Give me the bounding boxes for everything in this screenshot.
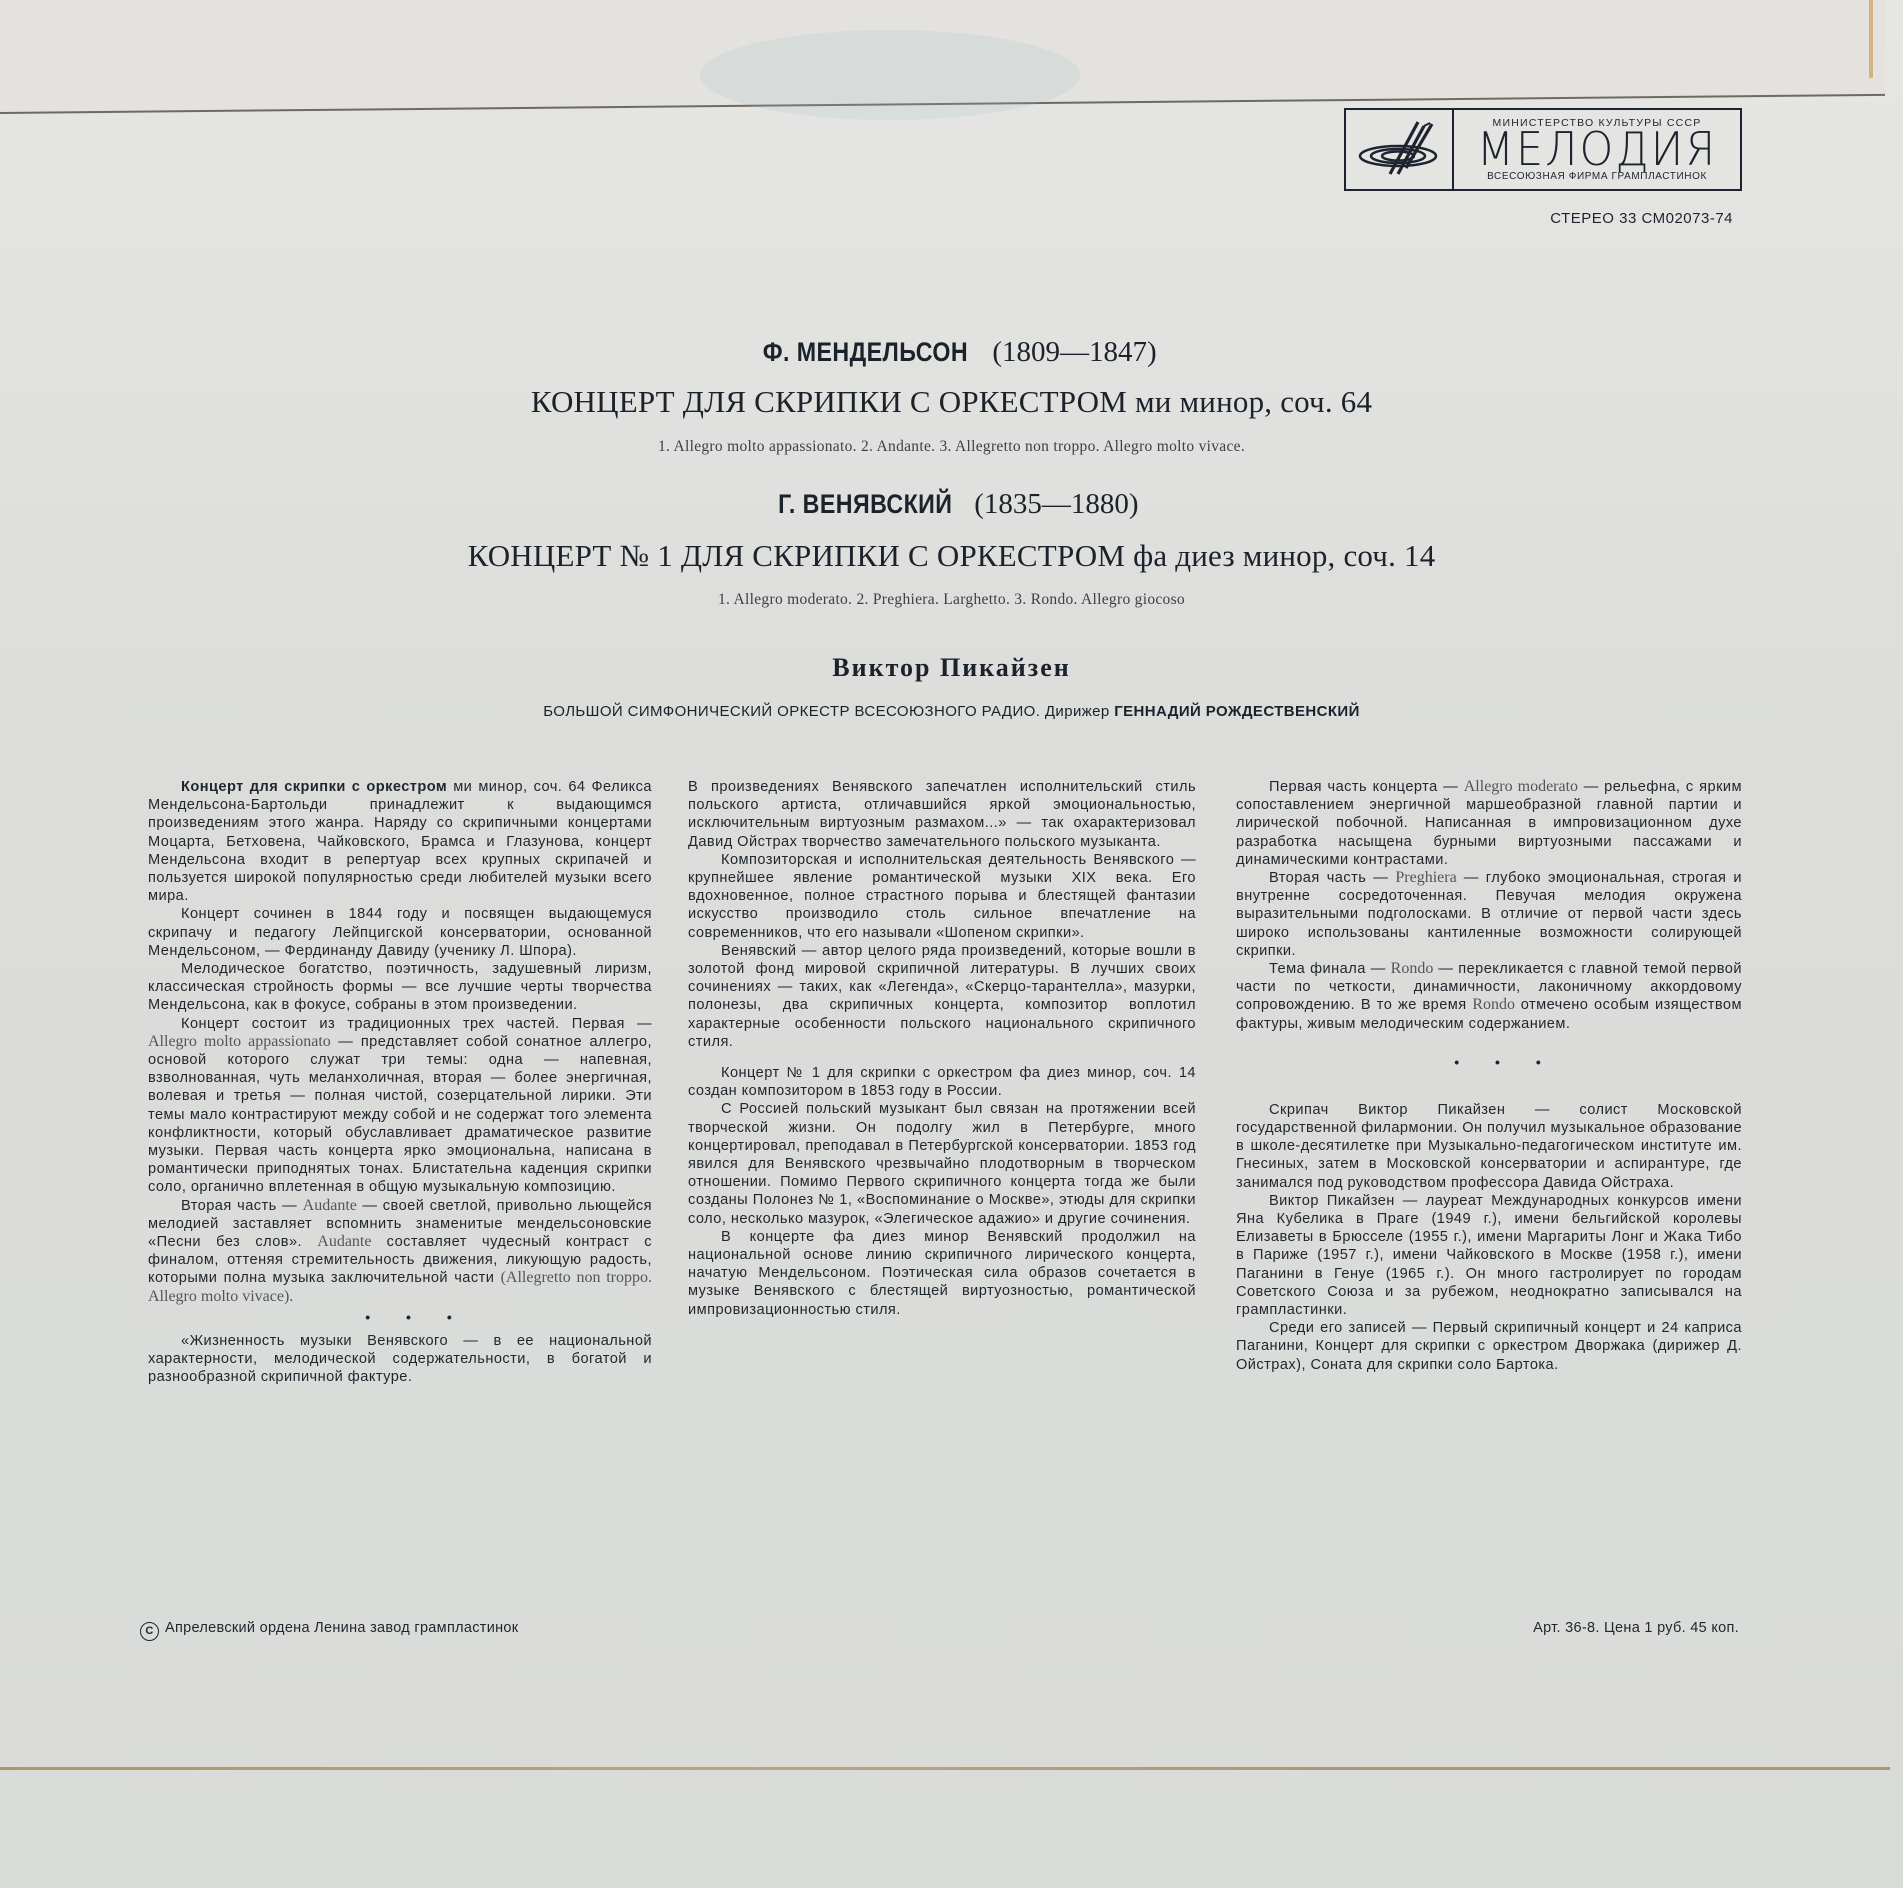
paragraph: Концерт № 1 для скрипки с оркестром фа д… xyxy=(688,1064,1196,1100)
paragraph: Скрипач Виктор Пикайзен — солист Московс… xyxy=(1236,1101,1742,1192)
composer-heading-1: Ф. МЕНДЕЛЬСОН (1809—1847) xyxy=(0,336,1903,369)
tempo-marking: Audante xyxy=(317,1233,371,1250)
work-title-1: КОНЦЕРТ ДЛЯ СКРИПКИ С ОРКЕСТРОМ ми минор… xyxy=(0,384,1903,420)
text: ми минор, соч. 64 Феликса Мендельсона-Ба… xyxy=(148,779,652,904)
record-sleeve-back: МИНИСТЕРСТВО КУЛЬТУРЫ СССР МЕЛОДИЯ ВСЕСО… xyxy=(0,0,1903,1888)
text: Вторая часть — xyxy=(1269,870,1388,886)
flap-edge xyxy=(1869,0,1873,78)
paragraph: Концерт для скрипки с оркестром ми минор… xyxy=(148,778,652,905)
notes-column-3: Первая часть концерта — Allegro moderato… xyxy=(1236,778,1742,1374)
tempo-marking: Audante xyxy=(303,1197,357,1214)
price-line: Арт. 36-8. Цена 1 руб. 45 коп. xyxy=(1533,1620,1739,1636)
section-divider: • • • xyxy=(148,1306,652,1332)
notes-column-2: В произведениях Венявского запечатлен ис… xyxy=(688,778,1196,1319)
paragraph: Первая часть концерта — Allegro moderato… xyxy=(1236,778,1742,869)
text: Тема финала — xyxy=(1269,961,1386,977)
text: — представляет собой сонатное аллегро, о… xyxy=(148,1034,652,1196)
work-key: фа диез минор, соч. 14 xyxy=(1133,538,1435,573)
conductor-label: Дирижер xyxy=(1045,703,1110,720)
work-title: КОНЦЕРТ ДЛЯ СКРИПКИ С ОРКЕСТРОМ xyxy=(531,384,1127,419)
work-title: КОНЦЕРТ № 1 ДЛЯ СКРИПКИ С ОРКЕСТРОМ xyxy=(468,538,1126,573)
paragraph: Среди его записей — Первый скрипичный ко… xyxy=(1236,1319,1742,1374)
section-divider: • • • xyxy=(1236,1051,1742,1077)
text: Концерт состоит из традиционных трех час… xyxy=(181,1016,652,1032)
composer-name: Ф. МЕНДЕЛЬСОН xyxy=(763,337,968,368)
stain xyxy=(700,30,1080,120)
sleeve-seam xyxy=(0,1767,1890,1770)
paragraph: «Жизненность музыки Венявского — в ее на… xyxy=(148,1332,652,1387)
logo-text: МИНИСТЕРСТВО КУЛЬТУРЫ СССР МЕЛОДИЯ ВСЕСО… xyxy=(1454,110,1740,189)
work-title-2: КОНЦЕРТ № 1 ДЛЯ СКРИПКИ С ОРКЕСТРОМ фа д… xyxy=(0,538,1903,574)
paragraph: Тема финала — Rondo — перекликается с гл… xyxy=(1236,960,1742,1033)
composer-years: (1835—1880) xyxy=(974,488,1138,520)
paragraph: Концерт состоит из традиционных трех час… xyxy=(148,1015,652,1197)
manufacturer-line: CАпрелевский ордена Ленина завод грампла… xyxy=(140,1620,518,1641)
orchestra-line: БОЛЬШОЙ СИМФОНИЧЕСКИЙ ОРКЕСТР ВСЕСОЮЗНОГ… xyxy=(0,703,1903,720)
melodiya-logo: МИНИСТЕРСТВО КУЛЬТУРЫ СССР МЕЛОДИЯ ВСЕСО… xyxy=(1344,108,1742,191)
text: Первая часть концерта — xyxy=(1269,779,1458,795)
paragraph: В произведениях Венявского запечатлен ис… xyxy=(688,778,1196,851)
soloist-name: Виктор Пикайзен xyxy=(0,653,1903,683)
text: Вторая часть — xyxy=(181,1198,297,1214)
catalog-number: СТЕРЕО 33 СМ02073-74 xyxy=(1505,210,1733,227)
composer-heading-2: Г. ВЕНЯВСКИЙ (1835—1880) xyxy=(0,488,1903,521)
paragraph: Концерт сочинен в 1844 году и посвящен в… xyxy=(148,905,652,960)
lead-phrase: Концерт для скрипки с оркестром xyxy=(181,779,447,795)
composer-years: (1809—1847) xyxy=(992,336,1156,368)
paragraph: Вторая часть — Preghiera — глубоко эмоци… xyxy=(1236,869,1742,960)
paragraph: Виктор Пикайзен — лауреат Международных … xyxy=(1236,1192,1742,1319)
tempo-marking: Allegro moderato xyxy=(1464,778,1578,795)
movements-2: 1. Allegro moderato. 2. Preghiera. Largh… xyxy=(0,591,1903,609)
paragraph: Вторая часть — Audante — своей светлой, … xyxy=(148,1197,652,1306)
tempo-marking: Rondo xyxy=(1391,960,1434,977)
paragraph: Композиторская и исполнительская деятель… xyxy=(688,851,1196,942)
paragraph: Мелодическое богатство, поэтичность, зад… xyxy=(148,960,652,1015)
conductor-name: ГЕННАДИЙ РОЖДЕСТВЕНСКИЙ xyxy=(1114,703,1360,720)
tempo-marking: Allegro molto appassionato xyxy=(148,1033,331,1050)
paragraph: В концерте фа диез минор Венявский продо… xyxy=(688,1228,1196,1319)
paragraph: С Россией польский музыкант был связан н… xyxy=(688,1100,1196,1227)
tempo-marking: Rondo xyxy=(1472,996,1515,1013)
manufacturer-text: Апрелевский ордена Ленина завод грамплас… xyxy=(165,1620,518,1636)
label-name: МЕЛОДИЯ xyxy=(1477,127,1717,172)
composer-name: Г. ВЕНЯВСКИЙ xyxy=(779,489,953,520)
notes-column-1: Концерт для скрипки с оркестром ми минор… xyxy=(148,778,652,1387)
orchestra-name: БОЛЬШОЙ СИМФОНИЧЕСКИЙ ОРКЕСТР ВСЕСОЮЗНОГ… xyxy=(543,703,1040,720)
work-key: ми минор, соч. 64 xyxy=(1135,384,1372,419)
paragraph: Венявский — автор целого ряда произведен… xyxy=(688,942,1196,1051)
copyright-icon: C xyxy=(140,1622,159,1641)
tempo-marking: Preghiera xyxy=(1395,869,1456,886)
melodiya-emblem-icon xyxy=(1346,110,1454,189)
movements-1: 1. Allegro molto appassionato. 2. Andant… xyxy=(0,438,1903,456)
